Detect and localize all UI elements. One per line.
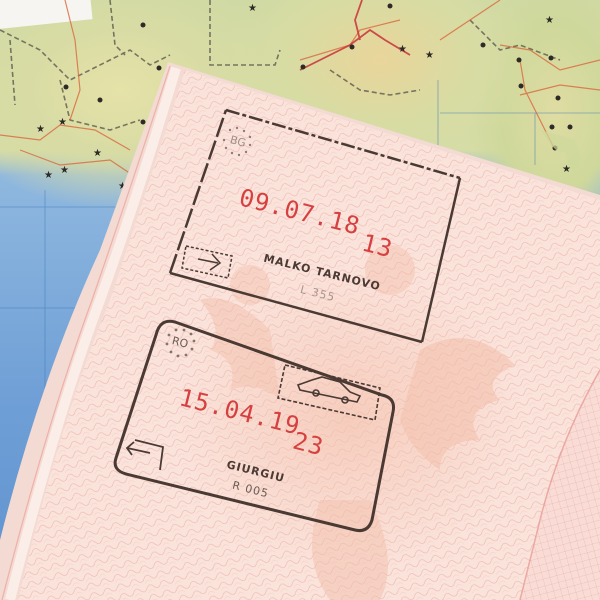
- photo-scene: ★★ ★★ ★★ ★★ ★★ ★: [0, 0, 600, 600]
- passport-page: [0, 0, 600, 600]
